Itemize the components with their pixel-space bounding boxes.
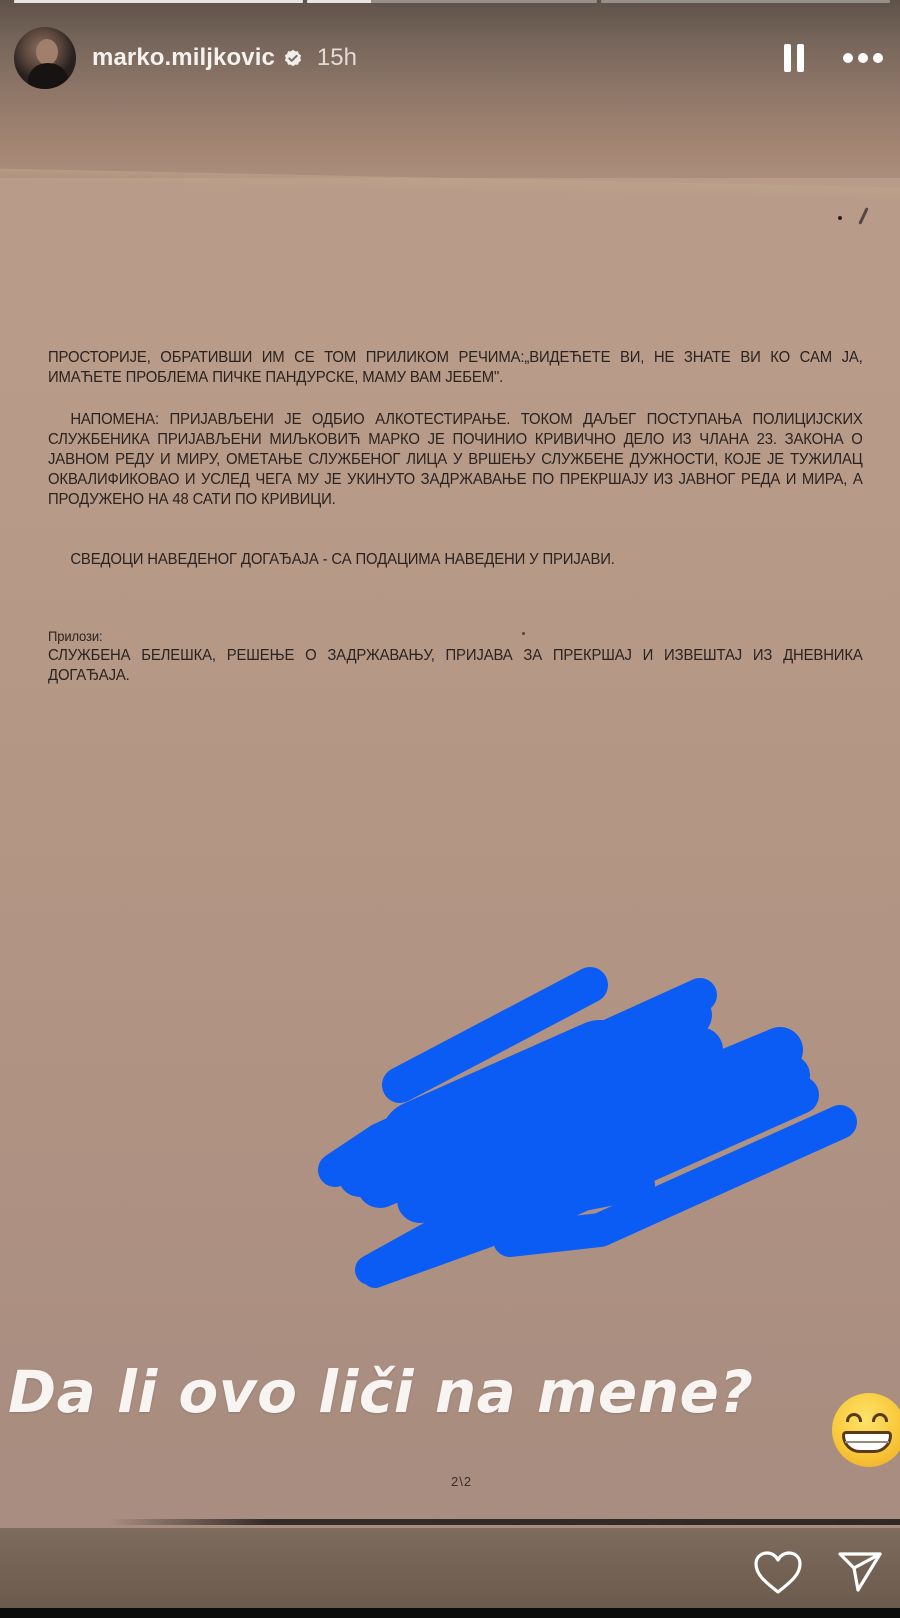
progress-segment	[601, 0, 890, 3]
grinning-emoji-icon	[832, 1393, 900, 1467]
heart-outline-icon[interactable]	[752, 1550, 804, 1596]
pause-icon[interactable]	[779, 38, 809, 78]
verified-badge-icon	[282, 47, 304, 69]
post-time: 15h	[317, 44, 357, 72]
paper-speck	[838, 216, 842, 220]
paper-plane-icon[interactable]	[836, 1548, 884, 1594]
story-progress	[14, 0, 890, 3]
avatar[interactable]	[14, 27, 76, 89]
more-options-icon[interactable]	[843, 53, 883, 63]
story-footer	[0, 1530, 900, 1608]
report-note-paragraph: НАПОМЕНА: ПРИЈАВЉЕНИ ЈЕ ОДБИО АЛКОТЕСТИР…	[48, 410, 863, 510]
report-paragraph: ПРОСТОРИЈЕ, ОБРАТИВШИ ИМ СЕ ТОМ ПРИЛИКОМ…	[48, 348, 863, 388]
screen-bottom-bar	[0, 1608, 900, 1618]
progress-segment	[307, 0, 596, 3]
story-viewer[interactable]: ПРОСТОРИЈЕ, ОБРАТИВШИ ИМ СЕ ТОМ ПРИЛИКОМ…	[0, 0, 900, 1608]
story-header: marko.miljkovic 15h	[14, 26, 886, 90]
page-number: 2\2	[451, 1474, 472, 1489]
story-caption: Da li ovo liči na mene?	[8, 1358, 754, 1426]
username-link[interactable]: marko.miljkovic	[92, 44, 275, 72]
attachments-list: СЛУЖБЕНА БЕЛЕШКА, РЕШЕЊЕ О ЗАДРЖАВАЊУ, П…	[48, 646, 863, 686]
progress-segment	[14, 0, 303, 3]
paper-edge	[110, 1519, 900, 1525]
attachments-label: Прилози:	[48, 626, 863, 646]
report-witnesses-paragraph: СВЕДОЦИ НАВЕДЕНОГ ДОГАЂАЈА - СА ПОДАЦИМА…	[48, 550, 863, 570]
